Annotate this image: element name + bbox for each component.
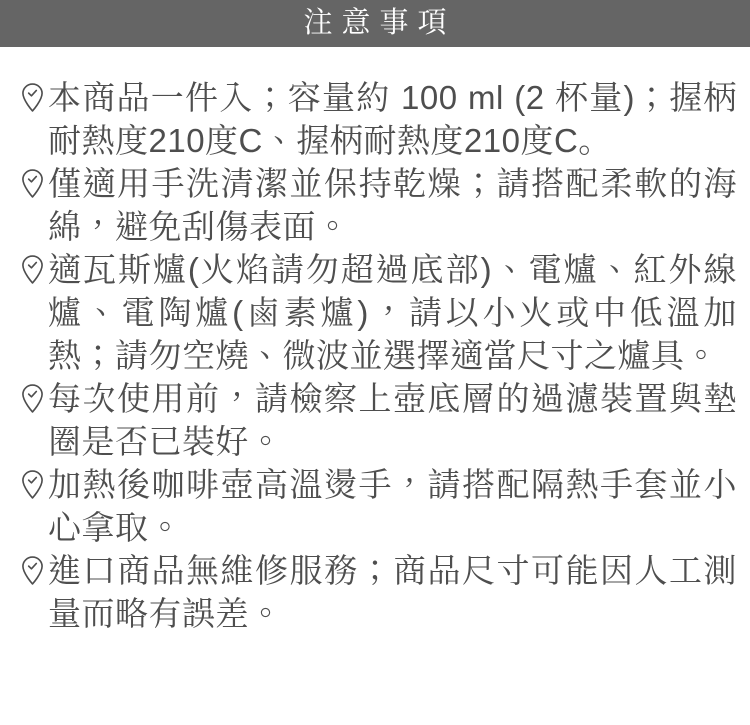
check-pin-icon <box>21 255 48 285</box>
note-text: 加熱後咖啡壺高溫燙手，請搭配隔熱手套並小心拿取。 <box>48 463 737 549</box>
check-pin-icon <box>21 384 48 414</box>
list-item: 每次使用前，請檢察上壺底層的過濾裝置與墊圈是否已裝好。 <box>21 377 737 463</box>
note-text: 僅適用手洗清潔並保持乾燥；請搭配柔軟的海綿，避免刮傷表面。 <box>48 162 737 248</box>
section-title: 注意事項 <box>294 9 455 38</box>
list-item: 進口商品無維修服務；商品尺寸可能因人工測量而略有誤差。 <box>21 549 737 635</box>
check-pin-icon <box>21 83 48 113</box>
list-item: 本商品一件入；容量約 100 ml (2 杯量)；握柄耐熱度210度C、握柄耐熱… <box>21 76 737 162</box>
notice-panel: 注意事項 本商品一件入；容量約 100 ml (2 杯量)；握柄耐熱度210度C… <box>0 0 750 725</box>
notes-list: 本商品一件入；容量約 100 ml (2 杯量)；握柄耐熱度210度C、握柄耐熱… <box>0 47 750 635</box>
list-item: 適瓦斯爐(火焰請勿超過底部)、電爐、紅外線爐、電陶爐(鹵素爐)，請以小火或中低溫… <box>21 248 737 377</box>
check-pin-icon <box>21 169 48 199</box>
note-text: 本商品一件入；容量約 100 ml (2 杯量)；握柄耐熱度210度C、握柄耐熱… <box>48 76 737 162</box>
list-item: 加熱後咖啡壺高溫燙手，請搭配隔熱手套並小心拿取。 <box>21 463 737 549</box>
check-pin-icon <box>21 556 48 586</box>
note-text: 進口商品無維修服務；商品尺寸可能因人工測量而略有誤差。 <box>48 549 737 635</box>
section-header: 注意事項 <box>0 0 750 47</box>
note-text: 適瓦斯爐(火焰請勿超過底部)、電爐、紅外線爐、電陶爐(鹵素爐)，請以小火或中低溫… <box>48 248 737 377</box>
note-text: 每次使用前，請檢察上壺底層的過濾裝置與墊圈是否已裝好。 <box>48 377 737 463</box>
list-item: 僅適用手洗清潔並保持乾燥；請搭配柔軟的海綿，避免刮傷表面。 <box>21 162 737 248</box>
check-pin-icon <box>21 470 48 500</box>
